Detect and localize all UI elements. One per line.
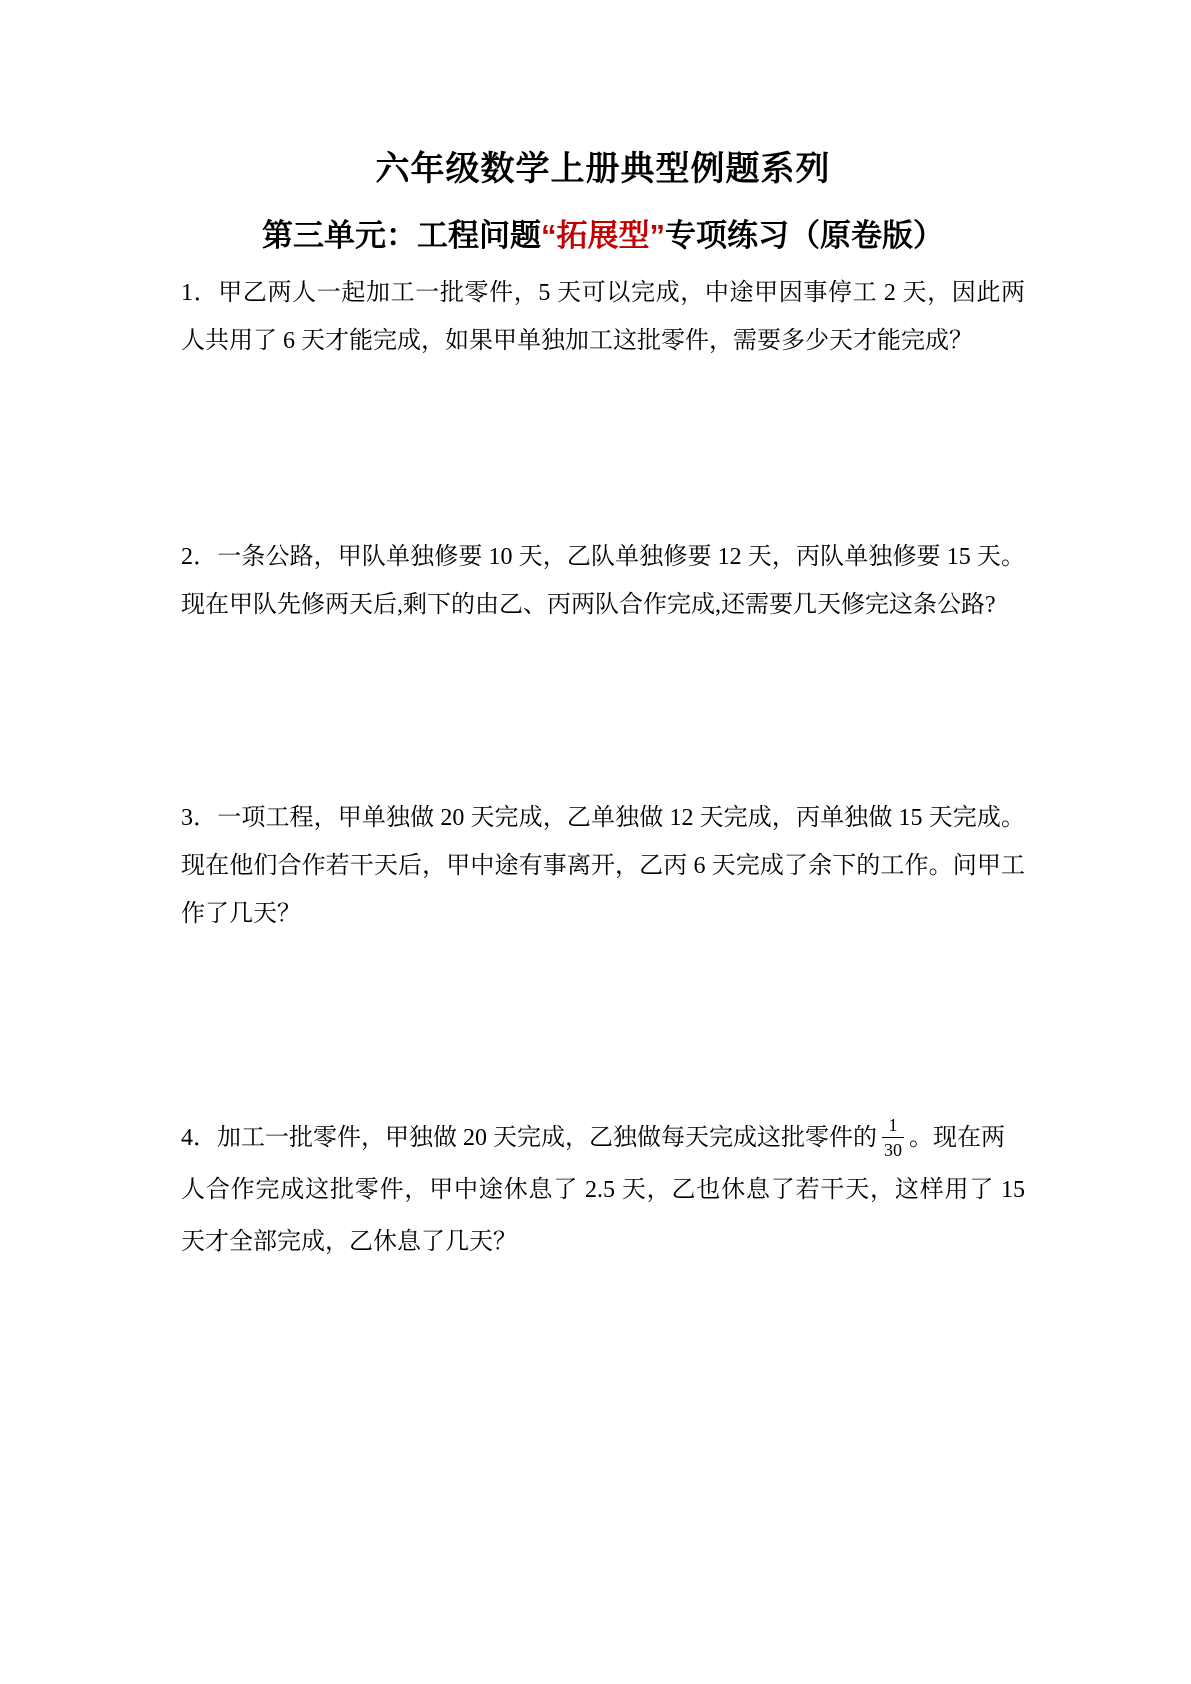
problem-4-line-3: 天才全部完成，乙休息了几天？: [181, 1216, 1025, 1268]
problem-2-line-1: 2．一条公路，甲队单独修要 10 天，乙队单独修要 12 天，丙队单独修要 15…: [181, 533, 1025, 581]
problem-4: 4．加工一批零件，甲独做 20 天完成，乙独做每天完成这批零件的130。现在两 …: [181, 1112, 1025, 1268]
subtitle-prefix: 第三单元：工程问题: [262, 218, 541, 253]
worksheet-page: 六年级数学上册典型例题系列 第三单元：工程问题“拓展型”专项练习（原卷版） 1．…: [0, 0, 1191, 1684]
fraction-1-30: 130: [882, 1115, 904, 1160]
problem-2-line-2: 现在甲队先修两天后,剩下的由乙、丙两队合作完成,还需要几天修完这条公路?: [181, 581, 1025, 629]
problem-1-line-1: 1．甲乙两人一起加工一批零件，5 天可以完成，中途甲因事停工 2 天，因此两: [181, 269, 1025, 317]
subtitle-suffix: 专项练习（原卷版）: [665, 218, 944, 253]
fraction-denominator: 30: [882, 1138, 904, 1160]
problem-4-line-1-tail: 。现在两: [909, 1125, 1005, 1151]
page-title: 六年级数学上册典型例题系列: [181, 146, 1025, 192]
problem-3-line-3: 作了几天？: [181, 890, 1025, 938]
problem-2: 2．一条公路，甲队单独修要 10 天，乙队单独修要 12 天，丙队单独修要 15…: [181, 533, 1025, 629]
problem-3-line-2: 现在他们合作若干天后，甲中途有事离开，乙丙 6 天完成了余下的工作。问甲工: [181, 842, 1025, 890]
subtitle-highlight: “拓展型”: [541, 218, 665, 253]
problem-4-line-2: 人合作完成这批零件，甲中途休息了 2.5 天，乙也休息了若干天，这样用了 15: [181, 1164, 1025, 1216]
problem-3-line-1: 3．一项工程，甲单独做 20 天完成，乙单独做 12 天完成，丙单独做 15 天…: [181, 794, 1025, 842]
problem-1-line-2: 人共用了 6 天才能完成，如果甲单独加工这批零件，需要多少天才能完成？: [181, 317, 1025, 365]
problem-4-line-1-text: 4．加工一批零件，甲独做 20 天完成，乙独做每天完成这批零件的: [181, 1125, 877, 1151]
problem-3: 3．一项工程，甲单独做 20 天完成，乙单独做 12 天完成，丙单独做 15 天…: [181, 794, 1025, 938]
problem-1: 1．甲乙两人一起加工一批零件，5 天可以完成，中途甲因事停工 2 天，因此两 人…: [181, 269, 1025, 365]
fraction-numerator: 1: [882, 1115, 904, 1138]
problem-4-line-1: 4．加工一批零件，甲独做 20 天完成，乙独做每天完成这批零件的130。现在两: [181, 1112, 1025, 1164]
page-subtitle: 第三单元：工程问题“拓展型”专项练习（原卷版）: [120, 214, 1086, 258]
